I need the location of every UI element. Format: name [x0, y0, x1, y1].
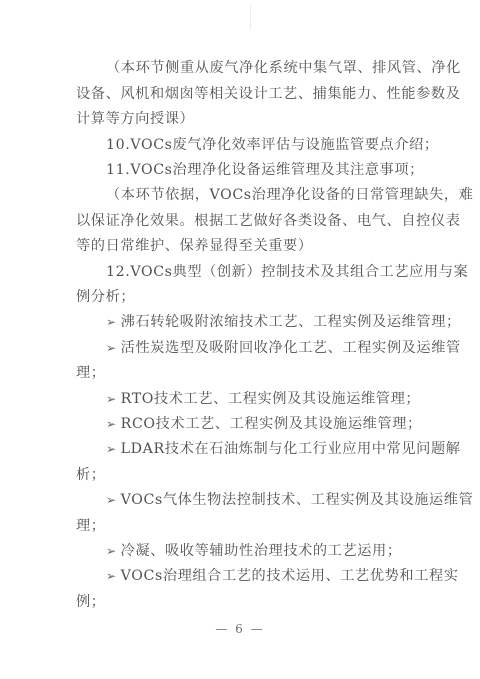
arrow-bullet-icon: ➢ — [106, 392, 117, 406]
line-text: 12.VOCs典型（创新）控制技术及其组合工艺应用与案 — [106, 264, 468, 280]
line-text: VOCs气体生物法控制技术、工程实例及其设施运维管 — [121, 492, 474, 508]
text-line: 计算等方向授课） — [76, 107, 410, 132]
bullet-line: ➢VOCs治理组合工艺的技术运用、工艺优势和工程实 — [106, 564, 410, 589]
text-line: 11.VOCs治理净化设备运维管理及其注意事项； — [106, 158, 410, 183]
arrow-bullet-icon: ➢ — [106, 569, 117, 583]
arrow-bullet-icon: ➢ — [106, 417, 117, 431]
line-text: （本环节依据，VOCs治理净化设备的日常管理缺失，难 — [106, 187, 474, 203]
bullet-line: ➢LDAR技术在石油炼制与化工行业应用中常见问题解 — [106, 437, 410, 462]
line-text: LDAR技术在石油炼制与化工行业应用中常见问题解 — [121, 441, 461, 457]
line-text: 计算等方向授课） — [76, 111, 194, 127]
text-line: 理； — [76, 514, 410, 539]
text-line: 等的日常维护、保养显得至关重要） — [76, 234, 410, 259]
arrow-bullet-icon: ➢ — [106, 493, 117, 507]
bullet-line: ➢RTO技术工艺、工程实例及其设施运维管理； — [106, 387, 410, 412]
text-line: 以保证净化效果。根据工艺做好各类设备、电气、自控仪表 — [76, 209, 410, 234]
text-line: 例； — [76, 590, 410, 615]
text-line: （本环节依据，VOCs治理净化设备的日常管理缺失，难 — [106, 183, 410, 208]
text-line: 析； — [76, 463, 410, 488]
line-text: 设备、风机和烟囱等相关设计工艺、捕集能力、性能参数及 — [76, 86, 460, 102]
line-text: 例； — [76, 594, 106, 610]
bullet-line: ➢VOCs气体生物法控制技术、工程实例及其设施运维管 — [106, 488, 410, 513]
text-line: 10.VOCs废气净化效率评估与设施监管要点介绍； — [106, 133, 410, 158]
line-text: 沸石转轮吸附浓缩技术工艺、工程实例及运维管理； — [121, 314, 461, 330]
line-text: 例分析； — [76, 289, 135, 305]
line-text: 析； — [76, 467, 106, 483]
arrow-bullet-icon: ➢ — [106, 442, 117, 456]
line-text: RCO技术工艺、工程实例及其设施运维管理； — [121, 416, 422, 432]
line-text: 理； — [76, 518, 106, 534]
bullet-line: ➢沸石转轮吸附浓缩技术工艺、工程实例及运维管理； — [106, 310, 410, 335]
line-text: RTO技术工艺、工程实例及其设施运维管理； — [121, 391, 421, 407]
line-text: 理； — [76, 365, 106, 381]
text-line: （本环节侧重从废气净化系统中集气罩、排风管、净化 — [106, 56, 410, 81]
scan-artifact — [250, 5, 251, 30]
arrow-bullet-icon: ➢ — [106, 544, 117, 558]
line-text: 冷凝、吸收等辅助性治理技术的工艺运用； — [121, 543, 402, 559]
text-line: 12.VOCs典型（创新）控制技术及其组合工艺应用与案 — [106, 260, 410, 285]
bullet-line: ➢活性炭选型及吸附回收净化工艺、工程实例及运维管 — [106, 336, 410, 361]
line-text: 以保证净化效果。根据工艺做好各类设备、电气、自控仪表 — [76, 213, 460, 229]
bullet-line: ➢RCO技术工艺、工程实例及其设施运维管理； — [106, 412, 410, 437]
arrow-bullet-icon: ➢ — [106, 341, 117, 355]
text-line: 例分析； — [76, 285, 410, 310]
bullet-line: ➢冷凝、吸收等辅助性治理技术的工艺运用； — [106, 539, 410, 564]
text-line: 设备、风机和烟囱等相关设计工艺、捕集能力、性能参数及 — [76, 82, 410, 107]
page-number: — 6 — — [0, 622, 480, 636]
line-text: 等的日常维护、保养显得至关重要） — [76, 238, 313, 254]
arrow-bullet-icon: ➢ — [106, 315, 117, 329]
line-text: 活性炭选型及吸附回收净化工艺、工程实例及运维管 — [121, 340, 461, 356]
line-text: （本环节侧重从废气净化系统中集气罩、排风管、净化 — [106, 60, 461, 76]
text-line: 理； — [76, 361, 410, 386]
line-text: 10.VOCs废气净化效率评估与设施监管要点介绍； — [106, 137, 439, 153]
line-text: VOCs治理组合工艺的技术运用、工艺优势和工程实 — [121, 568, 459, 584]
line-text: 11.VOCs治理净化设备运维管理及其注意事项； — [106, 162, 424, 178]
